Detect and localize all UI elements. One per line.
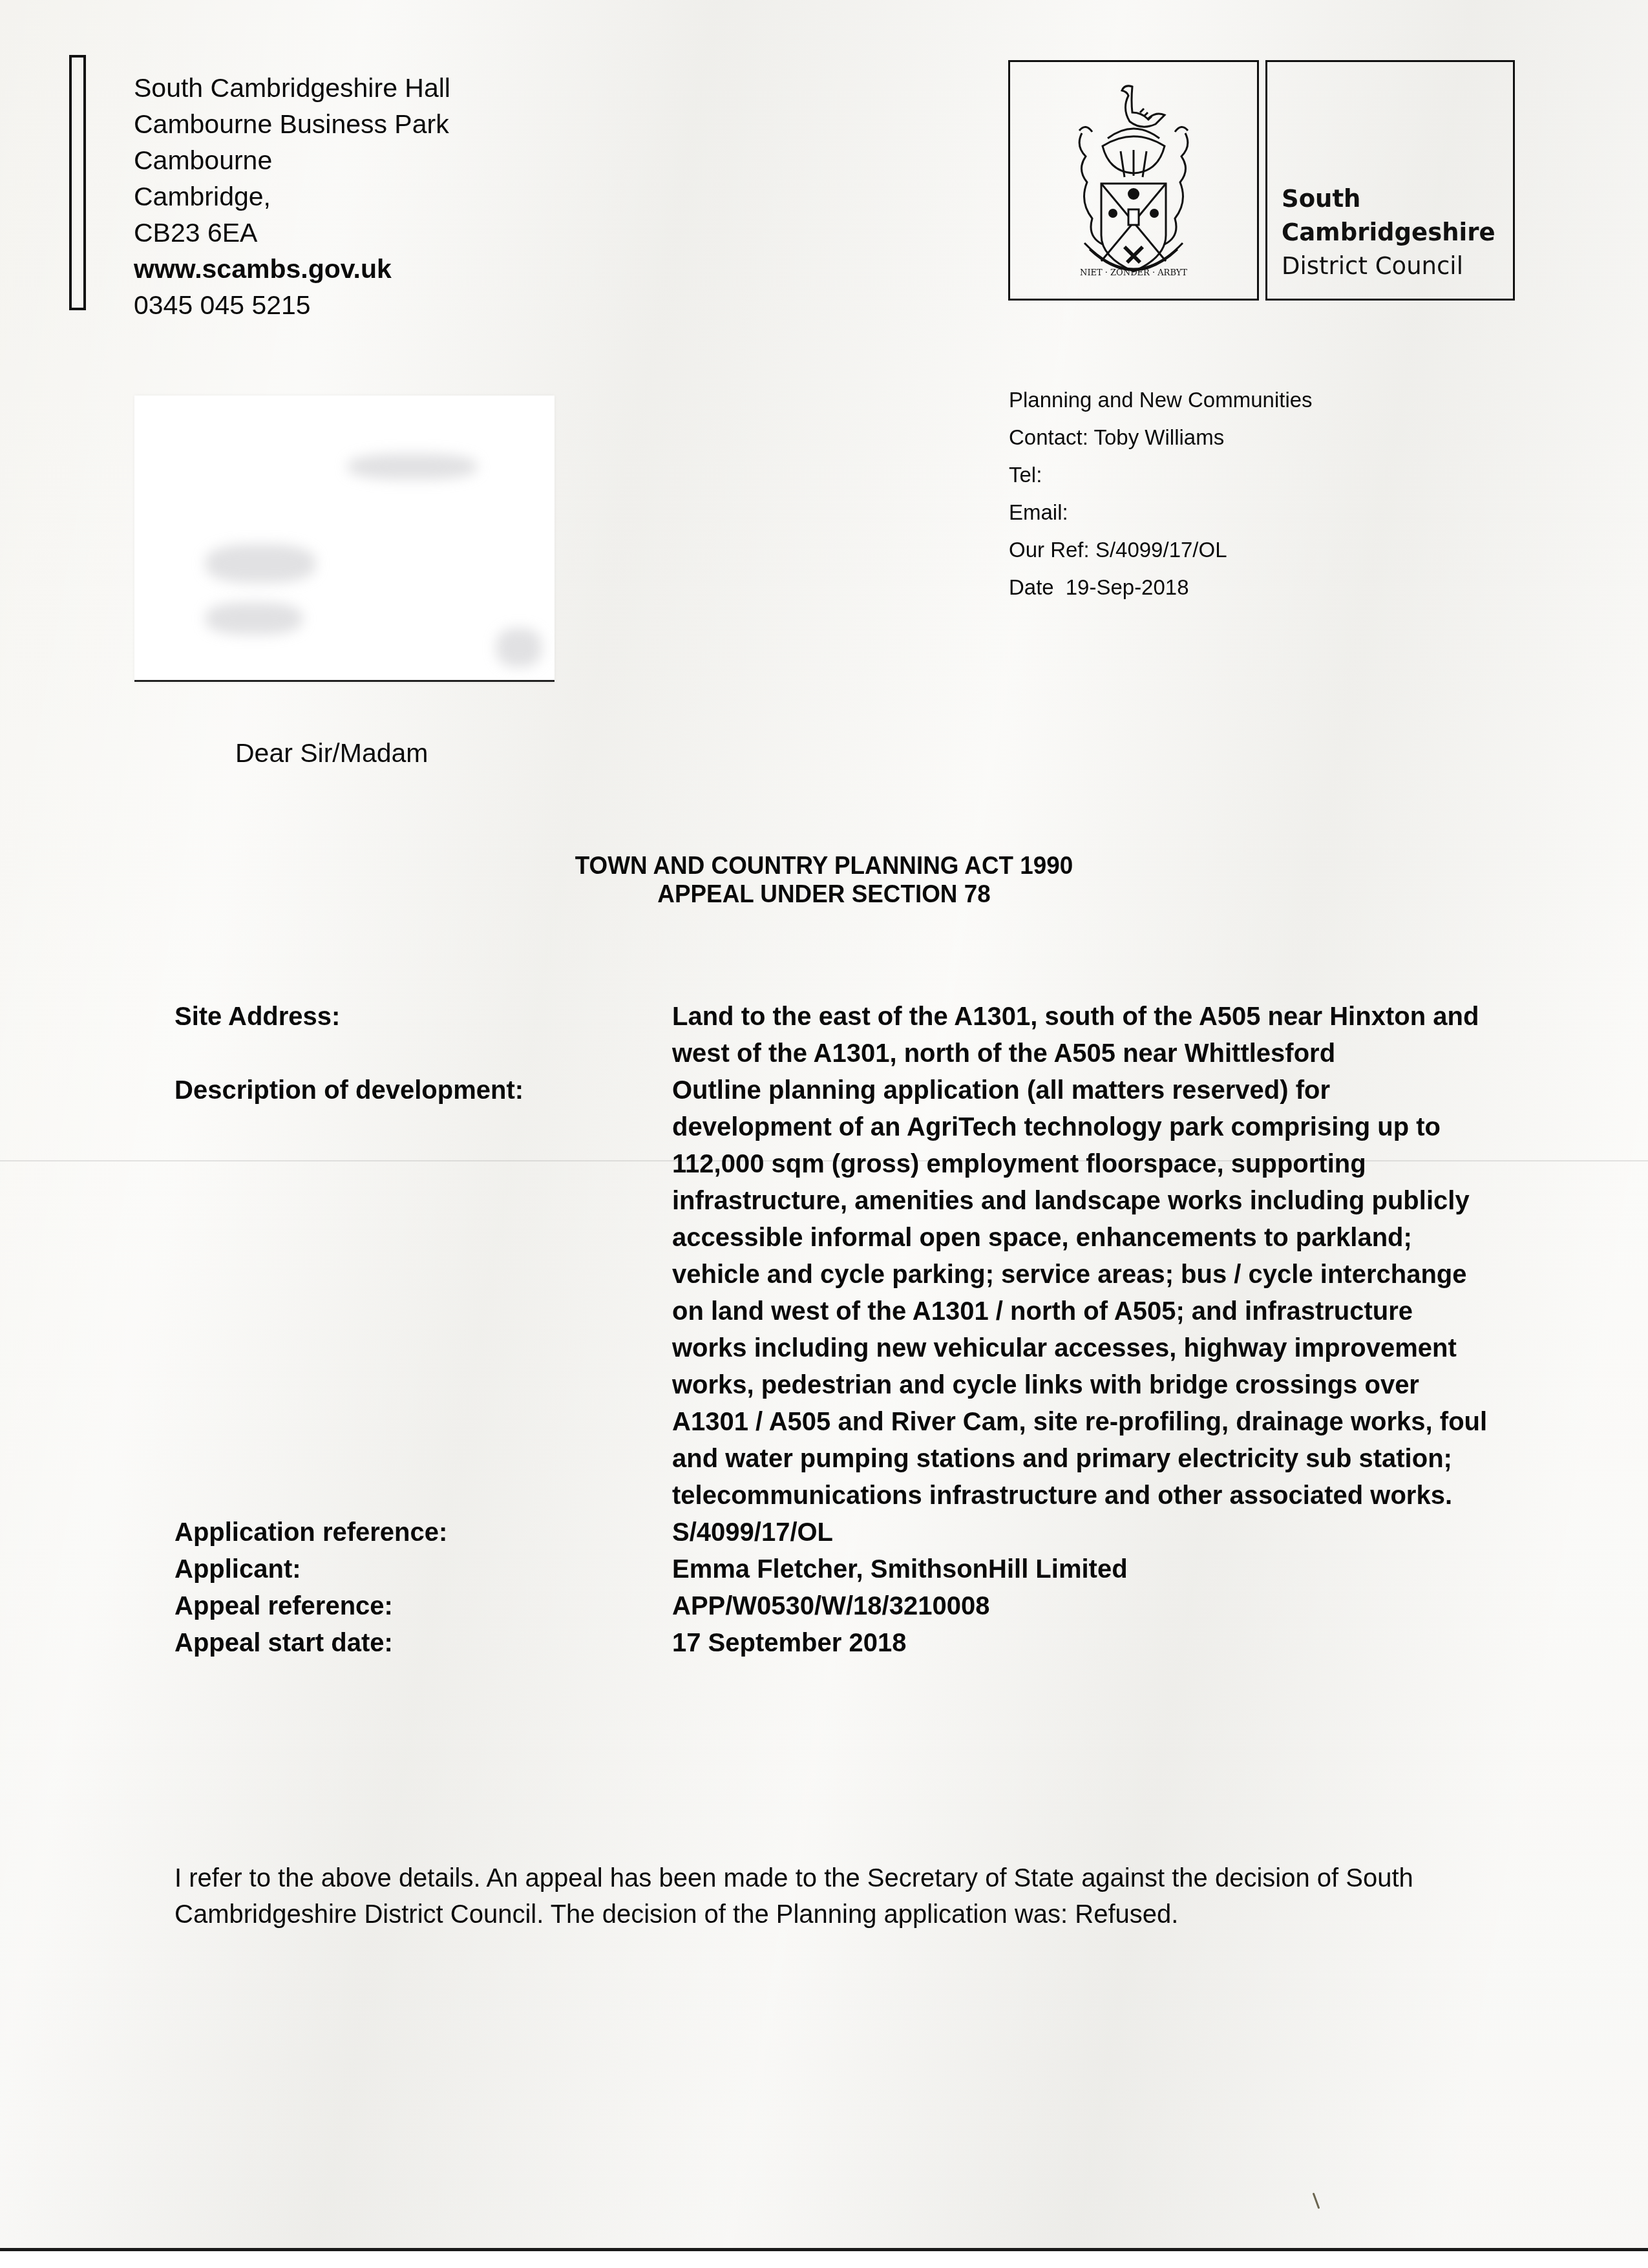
smudge (206, 602, 302, 635)
sender-address-line: South Cambridgeshire Hall (134, 70, 450, 106)
sender-address: South Cambridgeshire Hall Cambourne Busi… (134, 70, 450, 323)
council-name: South Cambridgeshire District Council (1282, 182, 1495, 283)
detail-label: Application reference: (174, 1514, 672, 1551)
detail-row-site-address: Site Address: Land to the east of the A1… (174, 999, 1493, 1072)
detail-value: Emma Fletcher, SmithsonHill Limited (672, 1551, 1493, 1588)
council-name-line1: South (1282, 182, 1495, 216)
detail-label: Applicant: (174, 1551, 672, 1588)
department: Planning and New Communities (1009, 381, 1313, 419)
appeal-details-table: Site Address: Land to the east of the A1… (174, 999, 1493, 1662)
contact-row: Contact: Toby Williams (1009, 419, 1313, 456)
sender-postcode: CB23 6EA (134, 215, 450, 251)
smudge (496, 628, 542, 667)
detail-row-appeal-start-date: Appeal start date: 17 September 2018 (174, 1625, 1493, 1662)
our-ref-label: Our Ref: (1009, 538, 1090, 562)
our-ref-value: S/4099/17/OL (1095, 538, 1227, 562)
detail-label: Site Address: (174, 999, 672, 1035)
detail-row-appeal-reference: Appeal reference: APP/W0530/W/18/3210008 (174, 1588, 1493, 1625)
council-name-line3: District Council (1282, 249, 1495, 283)
redacted-recipient-address (134, 396, 555, 682)
salutation: Dear Sir/Madam (235, 737, 428, 769)
closing-paragraph: I refer to the above details. An appeal … (174, 1860, 1435, 1933)
date-value: 19-Sep-2018 (1066, 575, 1189, 599)
email-label: Email: (1009, 500, 1068, 524)
detail-value: Outline planning application (all matter… (672, 1072, 1493, 1514)
heading-act: TOWN AND COUNTRY PLANNING ACT 1990 (25, 852, 1623, 880)
letter-heading: TOWN AND COUNTRY PLANNING ACT 1990 APPEA… (0, 852, 1648, 909)
detail-value: S/4099/17/OL (672, 1514, 1493, 1551)
tel-row: Tel: (1009, 456, 1313, 494)
detail-label: Appeal start date: (174, 1625, 672, 1662)
tel-label: Tel: (1009, 463, 1042, 487)
detail-value: 17 September 2018 (672, 1625, 1493, 1662)
detail-row-applicant: Applicant: Emma Fletcher, SmithsonHill L… (174, 1551, 1493, 1588)
detail-value: Land to the east of the A1301, south of … (672, 999, 1493, 1072)
sender-address-line: Cambourne (134, 142, 450, 178)
address-window-marker (69, 55, 86, 310)
sender-address-line: Cambridge, (134, 178, 450, 215)
date-row: Date19-Sep-2018 (1009, 569, 1313, 606)
sender-phone: 0345 045 5215 (134, 287, 450, 323)
date-label: Date (1009, 575, 1054, 599)
our-ref-row: Our Ref: S/4099/17/OL (1009, 531, 1313, 569)
sender-website-link[interactable]: www.scambs.gov.uk (134, 251, 450, 287)
council-name-line2: Cambridgeshire (1282, 216, 1495, 249)
sender-address-line: Cambourne Business Park (134, 106, 450, 142)
contact-block: Planning and New Communities Contact: To… (1009, 381, 1313, 606)
contact-name: Toby Williams (1093, 425, 1224, 449)
detail-label: Description of development: (174, 1072, 672, 1109)
detail-label: Appeal reference: (174, 1588, 672, 1625)
detail-row-application-reference: Application reference: S/4099/17/OL (174, 1514, 1493, 1551)
council-crest-box: NIET · ZONDER · ARBYT (1008, 60, 1259, 301)
smudge (348, 454, 477, 480)
crest-motto: NIET · ZONDER · ARBYT (1080, 268, 1187, 278)
contact-label: Contact: (1009, 425, 1088, 449)
detail-row-description: Description of development: Outline plan… (174, 1072, 1493, 1514)
heading-appeal: APPEAL UNDER SECTION 78 (25, 880, 1623, 909)
scan-bottom-edge (0, 2248, 1648, 2268)
council-name-box: South Cambridgeshire District Council (1265, 60, 1515, 301)
coat-of-arms-icon: NIET · ZONDER · ARBYT (1056, 74, 1211, 287)
smudge (206, 544, 315, 583)
detail-value: APP/W0530/W/18/3210008 (672, 1588, 1493, 1625)
email-row: Email: (1009, 494, 1313, 531)
